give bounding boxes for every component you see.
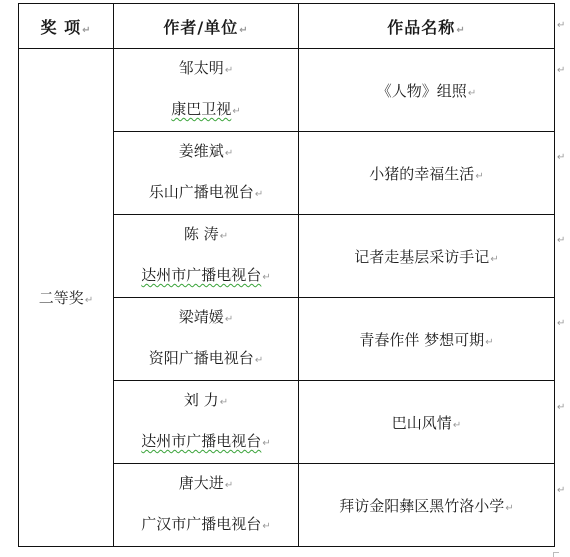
unit-name: 达州市广播电视台	[141, 266, 261, 284]
unit-name: 资阳广播电视台	[149, 349, 254, 367]
paragraph-mark-icon: ↵	[225, 148, 233, 159]
work-title: 《人物》组照	[377, 82, 467, 100]
paragraph-mark-icon: ↵	[255, 355, 263, 366]
author-unit-cell: 梁靖媛↵ 资阳广播电视台↵	[114, 298, 299, 381]
work-title: 巴山风情	[392, 414, 452, 432]
author-name: 姜维斌	[179, 142, 224, 160]
work-title: 拜访金阳彝区黑竹洛小学	[339, 497, 504, 515]
paragraph-mark-icon: ↵	[453, 420, 461, 431]
unit-name: 广汉市广播电视台	[141, 515, 261, 533]
paragraph-mark-icon: ↵	[485, 337, 493, 348]
margin-corner-mark-icon	[553, 552, 559, 557]
header-author-unit: 作者/单位↵	[114, 4, 299, 49]
paragraph-mark-icon: ↵	[262, 438, 270, 449]
unit-name: 达州市广播电视台	[141, 432, 261, 450]
paragraph-mark-icon: ↵	[475, 171, 483, 182]
header-row: 奖 项↵ 作者/单位↵ 作品名称↵	[19, 4, 555, 49]
row-end-mark-icon: ↵	[557, 152, 565, 163]
author-name: 邹太明	[179, 59, 224, 77]
unit-name: 乐山广播电视台	[149, 183, 254, 201]
paragraph-mark-icon: ↵	[262, 521, 270, 532]
paragraph-mark-icon: ↵	[255, 189, 263, 200]
paragraph-mark-icon: ↵	[82, 25, 91, 36]
paragraph-mark-icon: ↵	[225, 314, 233, 325]
work-title-cell: 记者走基层采访手记↵	[299, 215, 555, 298]
author-name: 梁靖媛	[179, 308, 224, 326]
author-unit-cell: 唐大进↵ 广汉市广播电视台↵	[114, 464, 299, 547]
paragraph-mark-icon: ↵	[232, 106, 240, 117]
paragraph-mark-icon: ↵	[456, 25, 465, 36]
row-end-mark-icon: ↵	[557, 318, 565, 329]
author-unit-cell: 陈 涛↵ 达州市广播电视台↵	[114, 215, 299, 298]
paragraph-mark-icon: ↵	[490, 254, 498, 265]
work-title-cell: 巴山风情↵	[299, 381, 555, 464]
table-row: 二等奖↵ 邹太明↵ 康巴卫视↵ 《人物》组照↵	[19, 49, 555, 132]
author-unit-cell: 邹太明↵ 康巴卫视↵	[114, 49, 299, 132]
paragraph-mark-icon: ↵	[225, 65, 233, 76]
unit-name: 康巴卫视	[171, 100, 231, 118]
author-unit-cell: 刘 力↵ 达州市广播电视台↵	[114, 381, 299, 464]
awards-table: 奖 项↵ 作者/单位↵ 作品名称↵ 二等奖↵ 邹太明↵ 康巴卫视↵ 《人物》组照…	[18, 3, 555, 547]
header-award: 奖 项↵	[19, 4, 114, 49]
work-title-cell: 《人物》组照↵	[299, 49, 555, 132]
row-end-mark-icon: ↵	[557, 65, 565, 76]
award-cell: 二等奖↵	[19, 49, 114, 547]
work-title-cell: 拜访金阳彝区黑竹洛小学↵	[299, 464, 555, 547]
work-title-cell: 小猪的幸福生活↵	[299, 132, 555, 215]
paragraph-mark-icon: ↵	[262, 272, 270, 283]
paragraph-mark-icon: ↵	[220, 231, 228, 242]
paragraph-mark-icon: ↵	[468, 88, 476, 99]
work-title: 小猪的幸福生活	[369, 165, 474, 183]
work-title-cell: 青春作伴 梦想可期↵	[299, 298, 555, 381]
paragraph-mark-icon: ↵	[505, 503, 513, 514]
row-end-mark-icon: ↵	[557, 402, 565, 413]
author-unit-cell: 姜维斌↵ 乐山广播电视台↵	[114, 132, 299, 215]
row-end-mark-icon: ↵	[557, 485, 565, 496]
work-title: 青春作伴 梦想可期	[359, 331, 484, 349]
row-end-mark-icon: ↵	[557, 235, 565, 246]
author-name: 刘 力	[184, 391, 219, 409]
paragraph-mark-icon: ↵	[239, 25, 248, 36]
work-title: 记者走基层采访手记	[354, 248, 489, 266]
author-name: 陈 涛	[184, 225, 219, 243]
paragraph-mark-icon: ↵	[225, 480, 233, 491]
paragraph-mark-icon: ↵	[85, 295, 93, 306]
document-page: 奖 项↵ 作者/单位↵ 作品名称↵ 二等奖↵ 邹太明↵ 康巴卫视↵ 《人物》组照…	[0, 0, 570, 557]
author-name: 唐大进	[179, 474, 224, 492]
paragraph-mark-icon: ↵	[220, 397, 228, 408]
header-work-title: 作品名称↵	[299, 4, 555, 49]
row-end-mark-icon: ↵	[557, 20, 565, 31]
